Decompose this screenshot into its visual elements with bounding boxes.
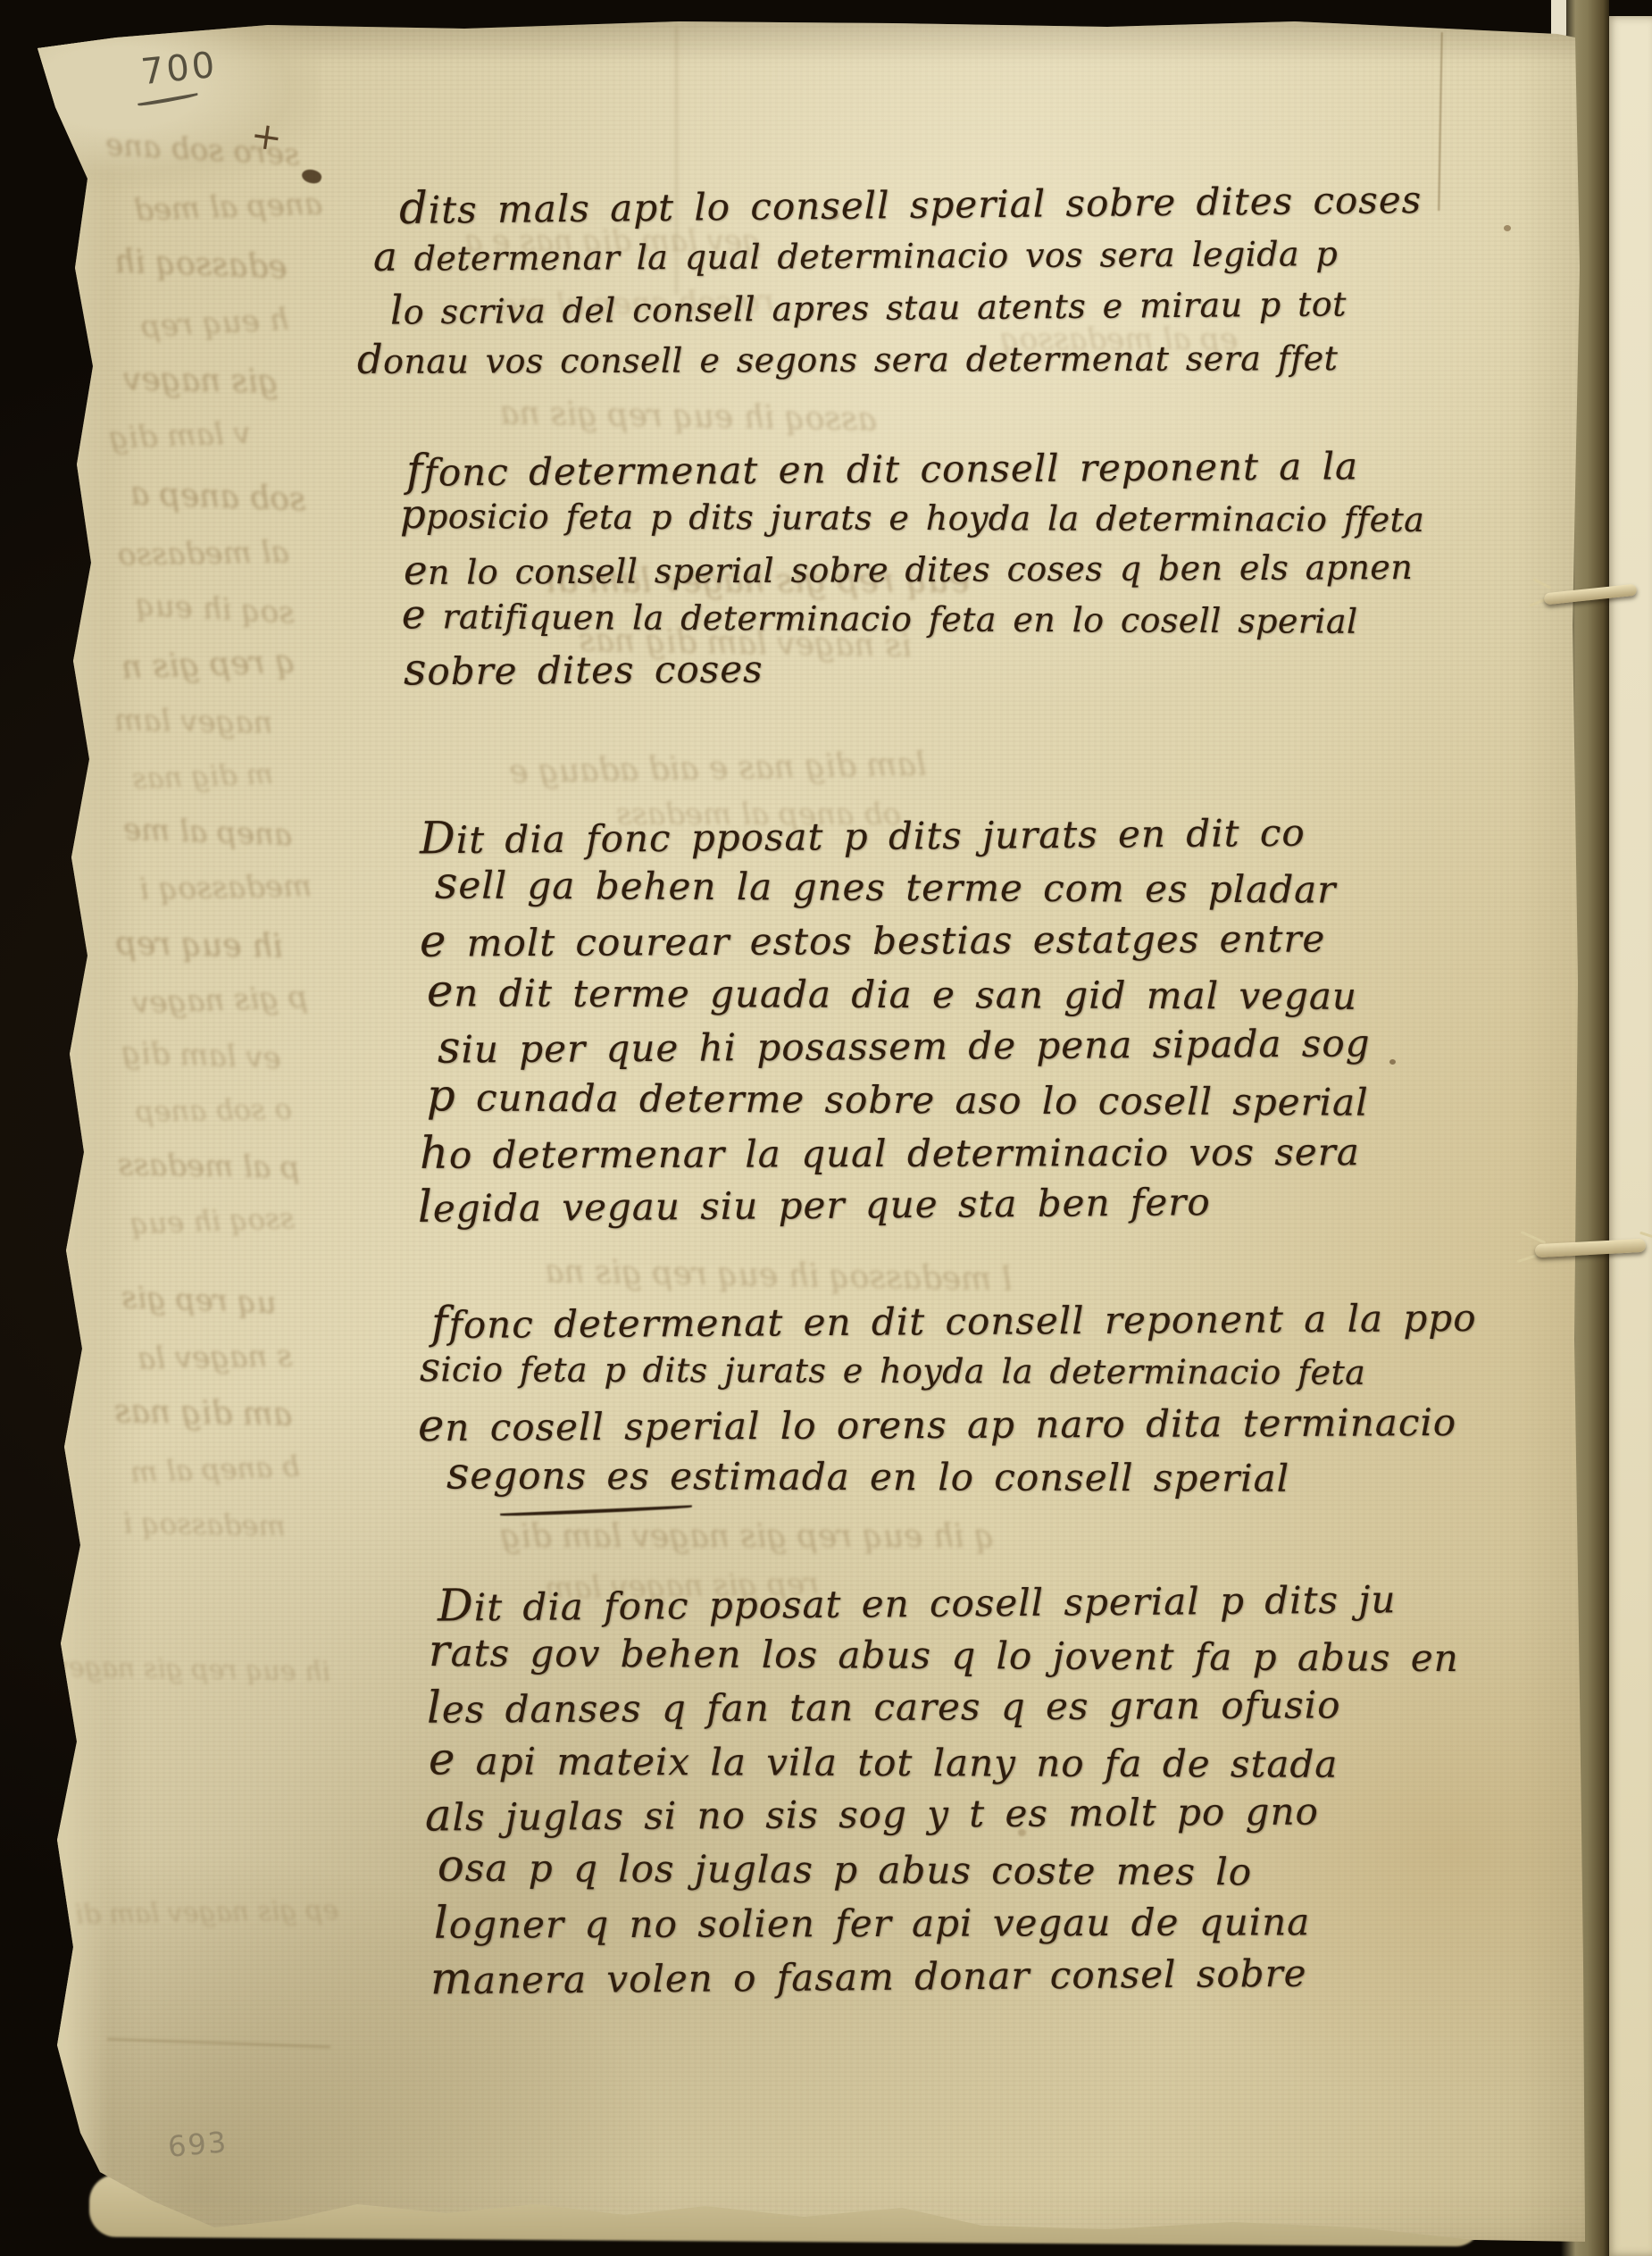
- bleedthrough-text: al medasso: [118, 534, 289, 572]
- bleedthrough-text: ih euq rep gis nagev: [54, 1651, 331, 1687]
- manuscript-line: p cunada determe sobre aso lo cosell spe…: [427, 1069, 1369, 1126]
- manuscript-line: siu per que hi posassem de pena sipada s…: [438, 1015, 1371, 1073]
- manuscript-line: sell ga behen la gnes terme com es plada…: [435, 856, 1337, 913]
- facing-page-edge: [1606, 16, 1652, 2256]
- manuscript-line: ffonc determenat en dit consell reponent…: [406, 438, 1358, 496]
- manuscript-line: Dit dia fonc pposat p dits jurats en dit…: [420, 805, 1306, 865]
- bleedthrough-text: q rep gis n: [121, 644, 296, 687]
- manuscript-line: sobre dites coses: [404, 641, 763, 696]
- bleedthrough-text: m dig nas: [131, 756, 273, 795]
- manuscript-page: sero sob aneanep al mededassoq ih h euq …: [0, 0, 1652, 2256]
- deckled-left-edge: [25, 9, 111, 2224]
- paper-crease: [1438, 32, 1442, 211]
- bleedthrough-text: lam dig nas e aid adaug e: [509, 747, 927, 790]
- manuscript-line: en dit terme guada dia e san gid mal veg…: [427, 965, 1357, 1020]
- bleedthrough-text: p gis nagev: [131, 980, 308, 1022]
- manuscript-line: ho determenar la qual determinacio vos s…: [420, 1124, 1360, 1179]
- bleedthrough-text: medassoq i: [139, 868, 313, 907]
- manuscript-line: als juglas si no sis sog y t es molt po …: [425, 1784, 1319, 1842]
- manuscript-line: manera volen o fasam donar consel sobre: [430, 1945, 1307, 2005]
- bleedthrough-text: l medassoq ih euq rep gis na: [545, 1253, 1013, 1298]
- bleedthrough-text: uq rep gis: [121, 1280, 277, 1321]
- folio-number-bottom: 693: [166, 2125, 229, 2164]
- fox-spot: [1504, 225, 1511, 231]
- manuscript-line: a determenar la qual determinacio vos se…: [373, 228, 1338, 280]
- manuscript-line: sicio feta p dits jurats e hoyda la dete…: [420, 1343, 1365, 1394]
- folio-number-top: 700: [139, 45, 220, 94]
- bleedthrough-text: edassoq ih: [113, 244, 288, 287]
- manuscript-line: pposicio feta p dits jurats e hoyda la d…: [400, 490, 1424, 541]
- manuscript-line: segons es estimada en lo consell sperial: [446, 1447, 1289, 1501]
- manuscript-scan: sero sob aneanep al mededassoq ih h euq …: [0, 0, 1652, 2256]
- bleedthrough-text: p al medass: [118, 1147, 300, 1186]
- bleedthrough-text: ih euq rep: [116, 925, 283, 965]
- margin-cross-mark: +: [248, 113, 286, 160]
- bleedthrough-text: gis nagev: [123, 361, 280, 400]
- manuscript-line: donau vos consell e segons sera determen…: [357, 332, 1338, 383]
- bleedthrough-text: am dig nas: [114, 1393, 293, 1433]
- manuscript-line: lo scriva del consell apres stau atents …: [390, 278, 1347, 333]
- bleedthrough-text: ep gis nagev lam di: [75, 1894, 339, 1930]
- manuscript-line: logner q no solien fer api vegau de quin…: [434, 1893, 1310, 1948]
- manuscript-line: dits mals apt lo consell sperial sobre d…: [399, 171, 1423, 234]
- fox-spot: [1389, 1059, 1396, 1065]
- bleedthrough-text: medassoq i: [123, 1506, 286, 1542]
- manuscript-line: osa p q los juglas p abus coste mes lo: [438, 1840, 1252, 1896]
- manuscript-line: e ratifiquen la determinacio feta en lo …: [402, 590, 1358, 643]
- bleedthrough-text: sob anep a: [129, 476, 306, 519]
- bleedthrough-text: assoq ih euq rep gis na: [500, 395, 877, 438]
- bleedthrough-text: soq ih euq: [135, 587, 296, 631]
- bleedthrough-text: anep al med: [133, 186, 322, 228]
- manuscript-line: en lo consell sperial sobre dites coses …: [404, 541, 1413, 594]
- manuscript-line: e api mateix la vila tot lany no fa de s…: [429, 1733, 1339, 1788]
- manuscript-line: rats gov behen los abus q lo jovent fa p…: [429, 1625, 1459, 1682]
- paper-crease: [107, 2038, 330, 2049]
- bleedthrough-text: h euq rep: [140, 302, 289, 346]
- manuscript-line: les danses q fan tan cares q es gran ofu…: [427, 1676, 1341, 1733]
- manuscript-line: ffonc determenat en dit consell reponent…: [431, 1290, 1477, 1349]
- bleedthrough-text: ev lam dig: [121, 1035, 281, 1076]
- bleedthrough-text: ssoq ih euq: [129, 1201, 295, 1241]
- bleedthrough-text: q ih euq rep gis nagev lam dig: [500, 1518, 995, 1555]
- manuscript-line: legida vegau siu per que sta ben fero: [418, 1174, 1211, 1232]
- bleedthrough-text: nagev lam: [114, 702, 273, 740]
- bleedthrough-text: anep al me: [122, 812, 292, 854]
- bleedthrough-text: s nagev la: [138, 1338, 293, 1376]
- bleedthrough-text: o sob anep: [136, 1091, 293, 1128]
- bleedthrough-text: v lam dig: [108, 415, 251, 456]
- pen-flourish: [500, 1505, 692, 1517]
- manuscript-line: en cosell sperial lo orens ap naro dita …: [418, 1394, 1456, 1451]
- bleedthrough-text: b anep al m: [129, 1450, 300, 1490]
- manuscript-line: e molt courear estos bestias estatges en…: [420, 910, 1326, 966]
- manuscript-line: Dit dia fonc pposat en cosell sperial p …: [438, 1571, 1397, 1631]
